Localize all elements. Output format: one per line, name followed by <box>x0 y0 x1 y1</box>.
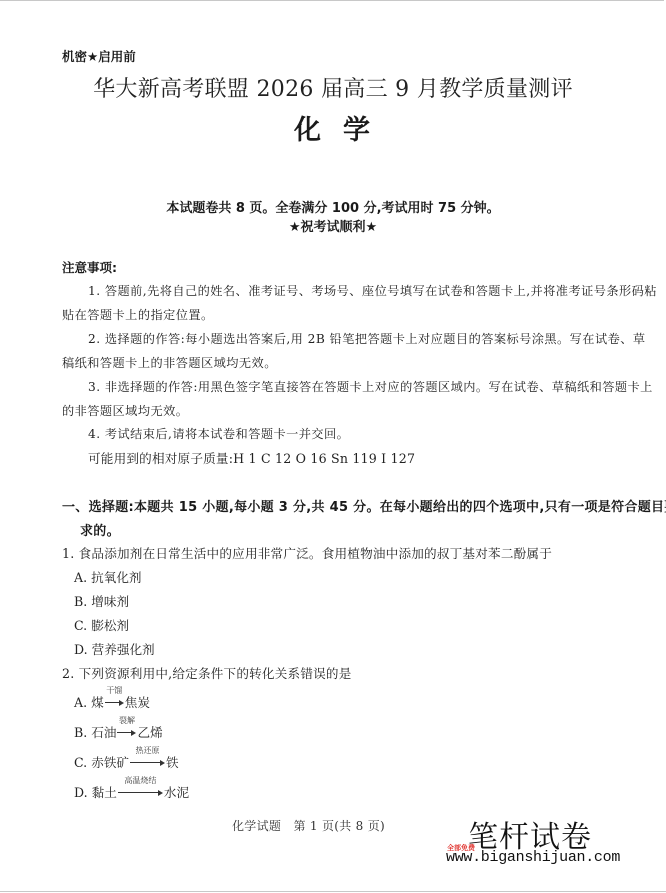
section-heading-cont: 求的。 <box>80 520 120 539</box>
question-1-option-a: A. 抗氧化剂 <box>74 567 142 586</box>
section-heading: 一、选择题:本题共 15 小题,每小题 3 分,共 45 分。在每小题给出的四个… <box>62 496 666 515</box>
question-2-option-d: D. 黏土高温烧结水泥 <box>74 782 189 801</box>
reaction-arrow-icon: 热还原 <box>130 755 165 770</box>
question-2-option-a: A. 煤干馏焦炭 <box>74 692 150 711</box>
notes-heading: 注意事项: <box>62 258 117 276</box>
reaction-arrow-icon: 裂解 <box>117 725 136 740</box>
note-line: 稿纸和答题卡上的非答题区域均无效。 <box>62 354 277 371</box>
note-line: 4. 考试结束后,请将本试卷和答题卡一并交回。 <box>88 425 349 442</box>
reaction-arrow-icon: 高温烧结 <box>118 785 163 800</box>
question-1-option-b: B. 增味剂 <box>74 591 129 610</box>
confidential-label: 机密★启用前 <box>62 47 136 65</box>
exam-info: 本试题卷共 8 页。全卷满分 100 分,考试用时 75 分钟。 <box>0 197 666 216</box>
question-2-option-b: B. 石油裂解乙烯 <box>74 722 163 741</box>
watermark-url: www.biganshijuan.com <box>446 849 620 866</box>
note-line: 2. 选择题的作答:每小题选出答案后,用 2B 铅笔把答题卡上对应题目的答案标号… <box>88 330 646 347</box>
exam-title: 华大新高考联盟 2026 届高三 9 月教学质量测评 <box>0 72 666 103</box>
page-border-top <box>0 0 664 1</box>
page-footer: 化学试题 第 1 页(共 8 页) <box>232 817 385 834</box>
note-line: 贴在答题卡上的指定位置。 <box>62 306 214 323</box>
question-2-option-c: C. 赤铁矿热还原铁 <box>74 752 179 771</box>
note-line: 3. 非选择题的作答:用黑色签字笔直接答在答题卡上对应的答题区域内。写在试卷、草… <box>88 378 653 395</box>
reaction-arrow-icon: 干馏 <box>105 695 124 710</box>
note-line: 的非答题区域均无效。 <box>62 402 188 419</box>
question-1-stem: 1. 食品添加剂在日常生活中的应用非常广泛。食用植物油中添加的叔丁基对苯二酚属于 <box>62 543 552 562</box>
question-2-stem: 2. 下列资源利用中,给定条件下的转化关系错误的是 <box>62 663 352 682</box>
note-line: 1. 答题前,先将自己的姓名、准考证号、考场号、座位号填写在试卷和答题卡上,并将… <box>88 282 657 299</box>
good-luck-line: ★祝考试顺利★ <box>0 216 666 235</box>
question-1-option-d: D. 营养强化剂 <box>74 639 155 658</box>
subject-title: 化学 <box>0 108 666 147</box>
question-1-option-c: C. 膨松剂 <box>74 615 129 634</box>
page-border-bottom <box>0 891 666 892</box>
atomic-mass-line: 可能用到的相对原子质量:H 1 C 12 O 16 Sn 119 I 127 <box>88 448 415 467</box>
